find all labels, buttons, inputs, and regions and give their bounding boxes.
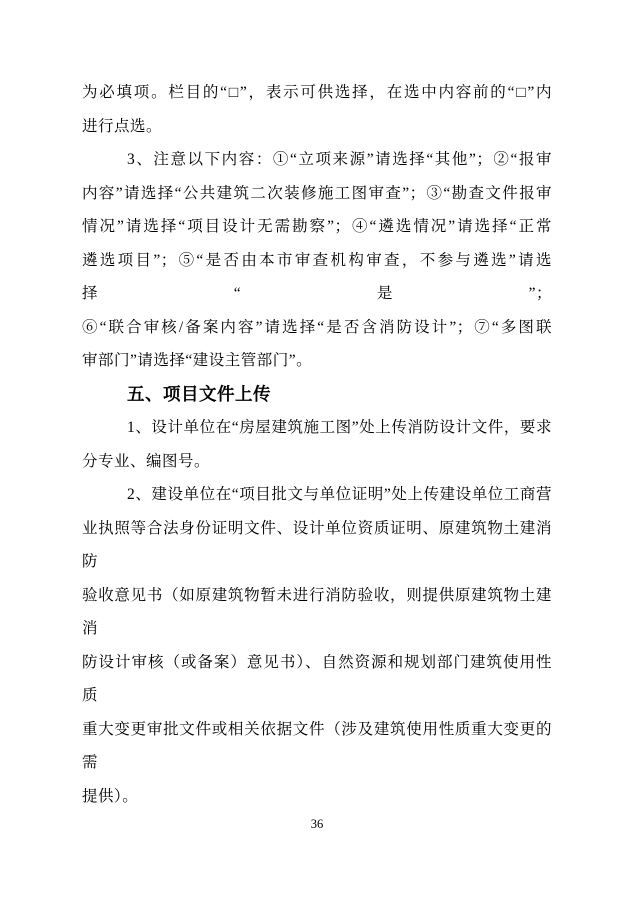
paragraph-line: 验收意见书（如原建筑物暂未进行消防验收，则提供原建筑物土建消	[82, 579, 552, 646]
paragraph-line: 重大变更审批文件或相关依据文件（涉及建筑使用性质重大变更的需	[82, 713, 552, 780]
paragraph-line: 提供）。	[82, 780, 552, 814]
paragraph-line: 情况”请选择“项目设计无需勘察”；④“遴选情况”请选择“正常	[82, 210, 552, 244]
paragraph-line: ⑥“联合审核/备案内容”请选择“是否含消防设计”；⑦“多图联	[82, 311, 552, 345]
paragraph-line: 防设计审核（或备案）意见书）、自然资源和规划部门建筑使用性质	[82, 646, 552, 713]
section-heading: 五、项目文件上传	[82, 378, 552, 412]
paragraph-line: 业执照等合法身份证明文件、设计单位资质证明、原建筑物土建消防	[82, 512, 552, 579]
paragraph-line: 3、注意以下内容：①“立项来源”请选择“其他”；②“报审	[82, 143, 552, 177]
page-body: 为必填项。栏目的“□”，表示可供选择，在选中内容前的“□”内 进行点选。 3、注…	[82, 76, 552, 813]
paragraph-line: 内容”请选择“公共建筑二次装修施工图审查”；③“勘查文件报审	[82, 177, 552, 211]
paragraph-line: 分专业、编图号。	[82, 445, 552, 479]
page-number: 36	[0, 816, 634, 832]
paragraph-line: 进行点选。	[82, 110, 552, 144]
paragraph-line: 遴选项目”；⑤“是否由本市审查机构审查，不参与遴选”请选择“是”；	[82, 244, 552, 311]
paragraph-line: 审部门”请选择“建设主管部门”。	[82, 344, 552, 378]
paragraph-line: 2、建设单位在“项目批文与单位证明”处上传建设单位工商营	[82, 478, 552, 512]
paragraph-line: 为必填项。栏目的“□”，表示可供选择，在选中内容前的“□”内	[82, 76, 552, 110]
document-page: 为必填项。栏目的“□”，表示可供选择，在选中内容前的“□”内 进行点选。 3、注…	[0, 0, 634, 898]
paragraph-line: 1、设计单位在“房屋建筑施工图”处上传消防设计文件，要求	[82, 411, 552, 445]
